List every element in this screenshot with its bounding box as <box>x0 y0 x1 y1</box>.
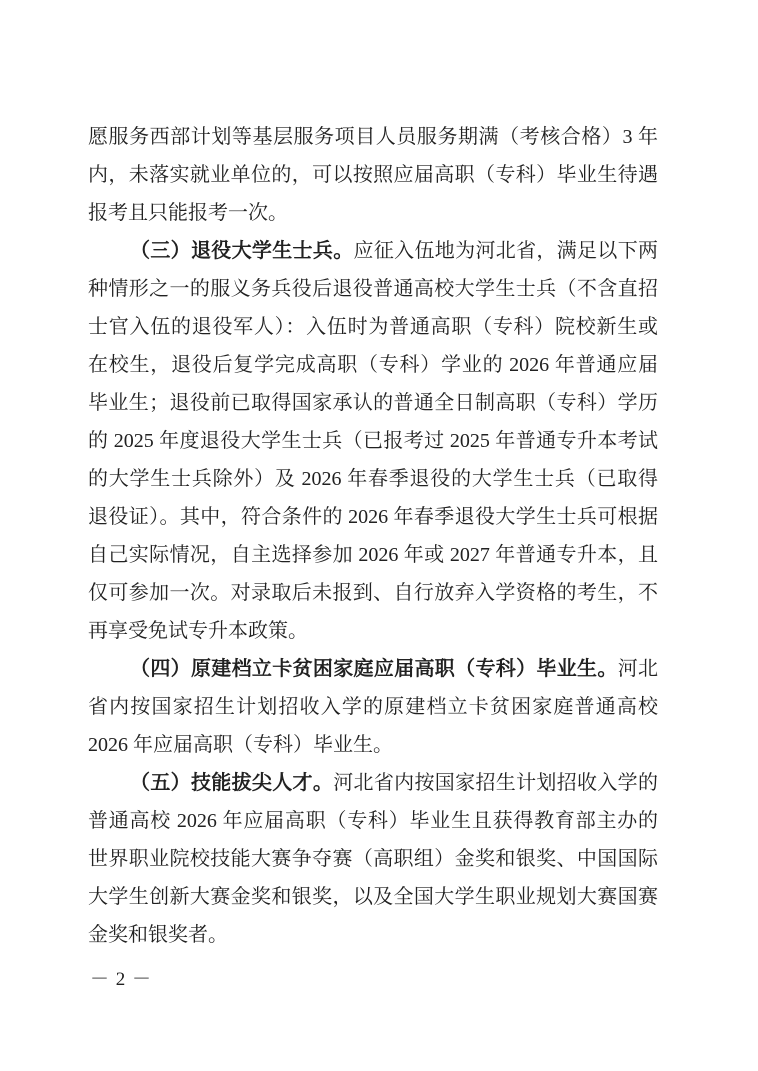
line-text: 再享受免试专升本政策。 <box>88 620 308 642</box>
line-text: 在校生，退役后复学完成高职（专科）学业的 2026 年普通应届 <box>88 354 658 376</box>
line-text: 种情形之一的服义务兵役后退役普通高校大学生士兵（不含直招 <box>88 278 658 300</box>
document-line: 再享受免试专升本政策。 <box>88 612 658 650</box>
line-text: 的 2025 年度退役大学生士兵（已报考过 2025 年普通专升本考试 <box>88 430 658 452</box>
line-text: 报考且只能报考一次。 <box>88 202 288 224</box>
line-text: 大学生创新大赛金奖和银奖，以及全国大学生职业规划大赛国赛 <box>88 886 658 908</box>
line-text: 省内按国家招生计划招收入学的原建档立卡贫困家庭普通高校 <box>88 696 658 718</box>
paragraph-lead: （四）原建档立卡贫困家庭应届高职（专科）毕业生。 <box>130 658 618 680</box>
document-line: 世界职业院校技能大赛争夺赛（高职组）金奖和银奖、中国国际 <box>88 840 658 878</box>
document-page: { "page": { "background_color": "#ffffff… <box>0 0 758 1071</box>
line-text: 应征入伍地为河北省，满足以下两 <box>354 240 658 262</box>
paragraph-lead: （三）退役大学生士兵。 <box>130 240 354 262</box>
paragraph-lead: （五）技能拔尖人才。 <box>130 772 333 794</box>
line-text: 的大学生士兵除外）及 2026 年春季退役的大学生士兵（已取得 <box>88 468 658 490</box>
document-line: （四）原建档立卡贫困家庭应届高职（专科）毕业生。河北 <box>88 650 658 688</box>
line-text: 河北 <box>618 658 658 680</box>
document-line: （三）退役大学生士兵。应征入伍地为河北省，满足以下两 <box>88 232 658 270</box>
document-line: 毕业生；退役前已取得国家承认的普通全日制高职（专科）学历 <box>88 384 658 422</box>
document-line: 在校生，退役后复学完成高职（专科）学业的 2026 年普通应届 <box>88 346 658 384</box>
line-text: 愿服务西部计划等基层服务项目人员服务期满（考核合格）3 年 <box>88 126 658 148</box>
document-line: 仅可参加一次。对录取后未报到、自行放弃入学资格的考生，不 <box>88 574 658 612</box>
document-line: 退役证）。其中，符合条件的 2026 年春季退役大学生士兵可根据 <box>88 498 658 536</box>
document-line: 报考且只能报考一次。 <box>88 194 658 232</box>
line-text: 金奖和银奖者。 <box>88 924 228 946</box>
document-line: 士官入伍的退役军人）：入伍时为普通高职（专科）院校新生或 <box>88 308 658 346</box>
line-text: 世界职业院校技能大赛争夺赛（高职组）金奖和银奖、中国国际 <box>88 848 658 870</box>
document-line: 内，未落实就业单位的，可以按照应届高职（专科）毕业生待遇 <box>88 156 658 194</box>
line-text: 河北省内按国家招生计划招收入学的 <box>333 772 658 794</box>
document-line: 省内按国家招生计划招收入学的原建档立卡贫困家庭普通高校 <box>88 688 658 726</box>
document-line: 愿服务西部计划等基层服务项目人员服务期满（考核合格）3 年 <box>88 118 658 156</box>
line-text: 2026 年应届高职（专科）毕业生。 <box>88 734 393 756</box>
page-number: － 2 － <box>90 965 152 995</box>
line-text: 内，未落实就业单位的，可以按照应届高职（专科）毕业生待遇 <box>88 164 658 186</box>
document-line: 自己实际情况，自主选择参加 2026 年或 2027 年普通专升本，且 <box>88 536 658 574</box>
document-line: 种情形之一的服义务兵役后退役普通高校大学生士兵（不含直招 <box>88 270 658 308</box>
document-line: 普通高校 2026 年应届高职（专科）毕业生且获得教育部主办的 <box>88 802 658 840</box>
document-line: 的大学生士兵除外）及 2026 年春季退役的大学生士兵（已取得 <box>88 460 658 498</box>
document-line: 金奖和银奖者。 <box>88 916 658 954</box>
line-text: 士官入伍的退役军人）：入伍时为普通高职（专科）院校新生或 <box>88 316 658 338</box>
document-line: （五）技能拔尖人才。河北省内按国家招生计划招收入学的 <box>88 764 658 802</box>
document-body: 愿服务西部计划等基层服务项目人员服务期满（考核合格）3 年内，未落实就业单位的，… <box>88 118 658 954</box>
document-line: 2026 年应届高职（专科）毕业生。 <box>88 726 658 764</box>
document-line: 的 2025 年度退役大学生士兵（已报考过 2025 年普通专升本考试 <box>88 422 658 460</box>
document-line: 大学生创新大赛金奖和银奖，以及全国大学生职业规划大赛国赛 <box>88 878 658 916</box>
line-text: 退役证）。其中，符合条件的 2026 年春季退役大学生士兵可根据 <box>88 506 658 528</box>
line-text: 毕业生；退役前已取得国家承认的普通全日制高职（专科）学历 <box>88 392 658 414</box>
line-text: 普通高校 2026 年应届高职（专科）毕业生且获得教育部主办的 <box>88 810 658 832</box>
line-text: 自己实际情况，自主选择参加 2026 年或 2027 年普通专升本，且 <box>88 544 658 566</box>
line-text: 仅可参加一次。对录取后未报到、自行放弃入学资格的考生，不 <box>88 582 658 604</box>
